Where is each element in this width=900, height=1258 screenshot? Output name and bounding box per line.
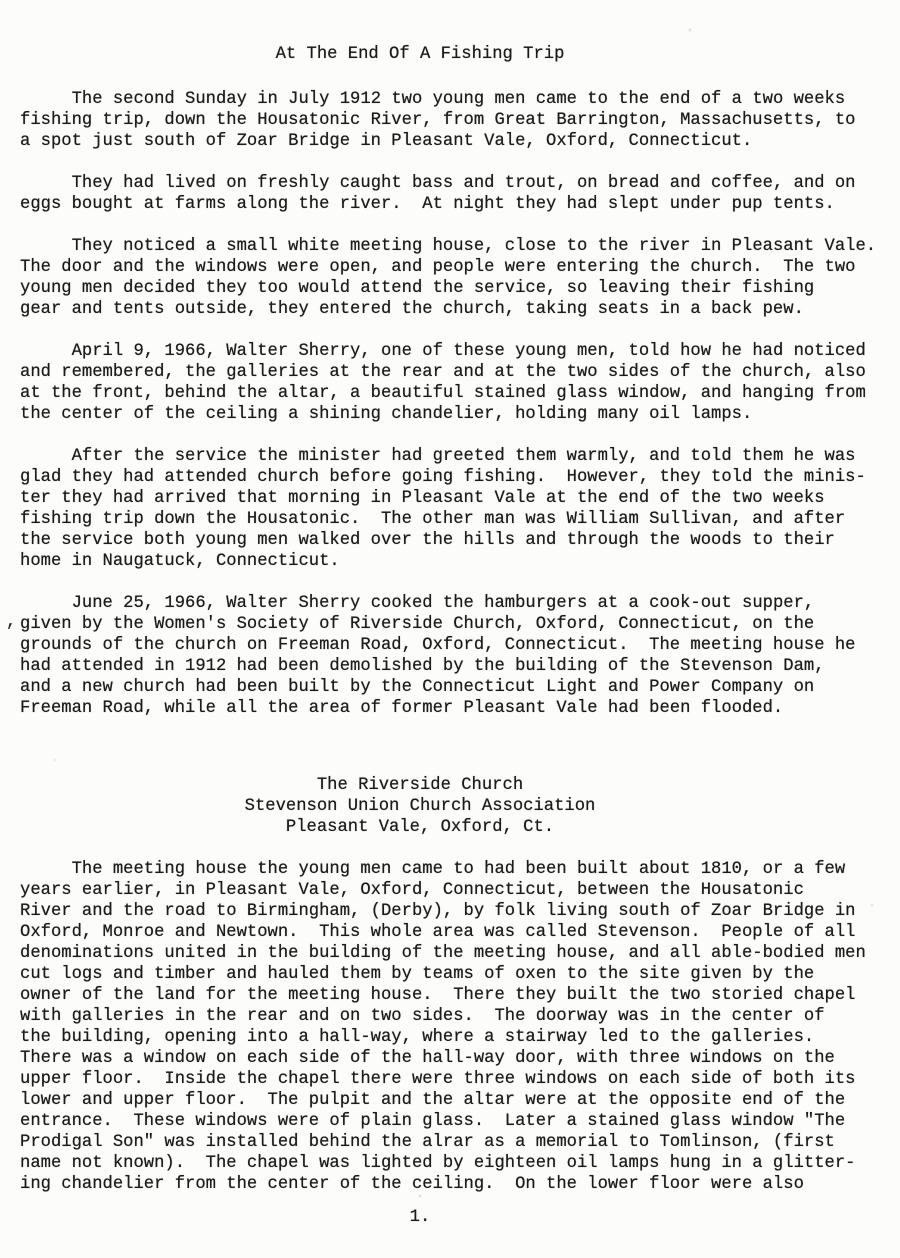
document-page: At The End Of A Fishing Trip The second … bbox=[0, 0, 900, 1258]
document-title: At The End Of A Fishing Trip bbox=[20, 44, 900, 65]
stray-ink-mark: , bbox=[6, 612, 16, 633]
paragraph-6: June 25, 1966, Walter Sherry cooked the … bbox=[20, 593, 900, 719]
document-body: At The End Of A Fishing Trip The second … bbox=[20, 0, 900, 1228]
paragraph-2: They had lived on freshly caught bass an… bbox=[20, 173, 900, 215]
paragraph-7: The meeting house the young men came to … bbox=[20, 859, 900, 1195]
paragraph-4: April 9, 1966, Walter Sherry, one of the… bbox=[20, 341, 900, 425]
paragraph-3: They noticed a small white meeting house… bbox=[20, 236, 900, 320]
section-heading: The Riverside Church Stevenson Union Chu… bbox=[20, 775, 900, 838]
page-number: 1. bbox=[20, 1207, 900, 1228]
paragraph-5: After the service the minister had greet… bbox=[20, 446, 900, 572]
paragraph-1: The second Sunday in July 1912 two young… bbox=[20, 89, 900, 152]
